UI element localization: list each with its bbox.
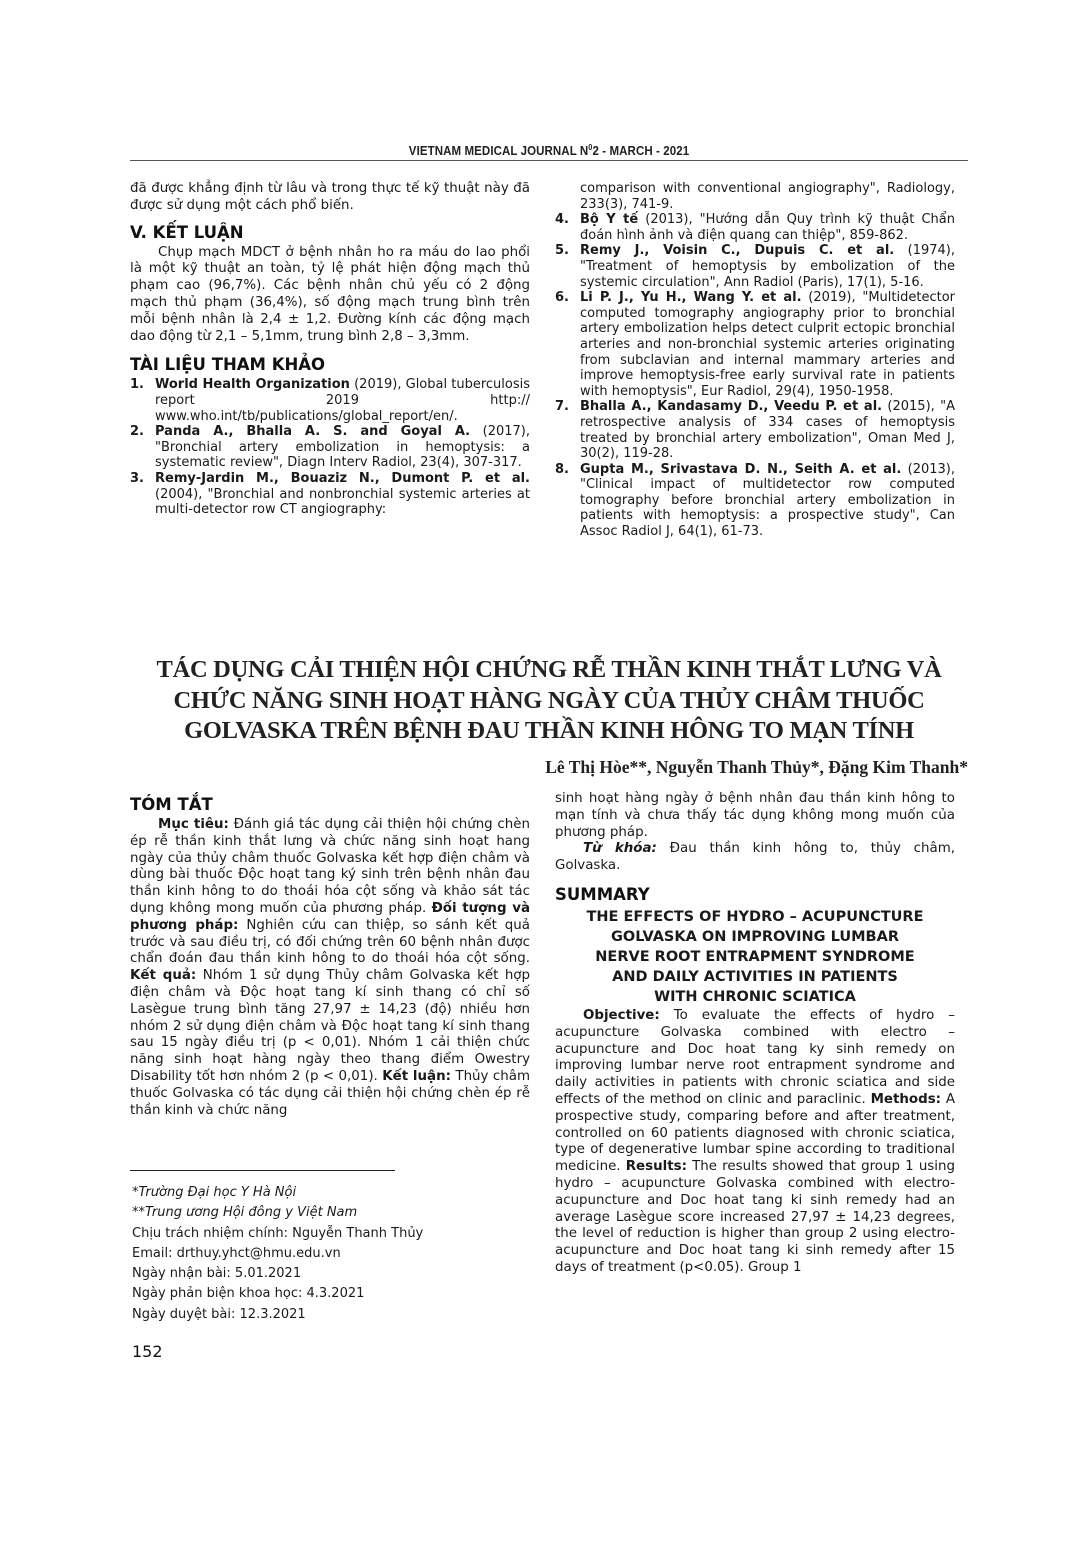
title-line: GOLVASKA TRÊN BỆNH ĐAU THẦN KINH HÔNG TO…	[130, 716, 968, 747]
abstract-text: Mục tiêu: Đánh giá tác dụng cải thiện hộ…	[130, 817, 530, 1119]
reference-number: 2.	[130, 424, 144, 440]
summary-heading: SUMMARY	[555, 885, 955, 905]
reference-number: 4.	[555, 212, 569, 228]
reference-item: 4.Bộ Y tế (2013), "Hướng dẫn Quy trình k…	[555, 212, 955, 243]
references-heading: TÀI LIỆU THAM KHẢO	[130, 355, 530, 375]
footnotes: *Trường Đại học Y Hà Nội **Trung ương Hộ…	[132, 1183, 532, 1325]
abstract-continuation: sinh hoạt hàng ngày ở bệnh nhân đau thần…	[555, 791, 955, 841]
english-title-line: GOLVASKA ON IMPROVING LUMBAR	[555, 927, 955, 947]
prev-article-left-column: đã được khẳng định từ lâu và trong thực …	[130, 181, 530, 518]
date-accepted: Ngày duyệt bài: 12.3.2021	[132, 1305, 532, 1325]
reference-continuation: comparison with conventional angiography…	[555, 181, 955, 212]
journal-page: VIETNAM MEDICAL JOURNAL N02 - MARCH - 20…	[0, 0, 1090, 1541]
objective-label: Objective:	[583, 1008, 660, 1023]
conclusion-heading: V. KẾT LUẬN	[130, 223, 530, 243]
prev-article-right-column: comparison with conventional angiography…	[555, 181, 955, 540]
page-number: 152	[132, 1342, 163, 1361]
results-text: The results showed that group 1 using hy…	[555, 1159, 955, 1275]
abstract-column: TÓM TẮT Mục tiêu: Đánh giá tác dụng cải …	[130, 795, 530, 1119]
reference-authors: Remy-Jardin M., Bouaziz N., Dumont P. et…	[155, 471, 530, 486]
reference-authors: Li P. J., Yu H., Wang Y. et al.	[580, 290, 802, 305]
reference-number: 1.	[130, 377, 144, 393]
methods-label: Methods:	[871, 1092, 941, 1107]
date-reviewed: Ngày phản biện khoa học: 4.3.2021	[132, 1284, 532, 1304]
reference-item: 3.Remy-Jardin M., Bouaziz N., Dumont P. …	[130, 471, 530, 518]
english-title: THE EFFECTS OF HYDRO – ACUPUNCTURE GOLVA…	[555, 907, 955, 1007]
results-label: Kết quả:	[130, 968, 196, 983]
reference-item: 2.Panda A., Bhalla A. S. and Goyal A. (2…	[130, 424, 530, 471]
english-title-line: NERVE ROOT ENTRAPMENT SYNDROME	[555, 947, 955, 967]
results-label: Results:	[626, 1159, 687, 1174]
reference-number: 7.	[555, 399, 569, 415]
reference-number: 8.	[555, 462, 569, 478]
keywords: Từ khóa: Đau thần kinh hông to, thủy châ…	[555, 841, 955, 875]
reference-details: (2019), "Multidetector computed tomograp…	[580, 290, 955, 399]
english-title-line: WITH CHRONIC SCIATICA	[555, 987, 955, 1007]
objective-label: Mục tiêu:	[158, 817, 229, 832]
title-line: CHỨC NĂNG SINH HOẠT HÀNG NGÀY CỦA THỦY C…	[130, 686, 968, 717]
reference-details: (2004), "Bronchial and nonbronchial syst…	[155, 487, 530, 518]
reference-list-right: comparison with conventional angiography…	[555, 181, 955, 540]
english-title-line: AND DAILY ACTIVITIES IN PATIENTS	[555, 967, 955, 987]
reference-authors: Remy J., Voisin C., Dupuis C. et al.	[580, 243, 894, 258]
article-title: TÁC DỤNG CẢI THIỆN HỘI CHỨNG RỄ THẦN KIN…	[130, 655, 968, 747]
english-title-line: THE EFFECTS OF HYDRO – ACUPUNCTURE	[555, 907, 955, 927]
reference-item: 8.Gupta M., Srivastava D. N., Seith A. e…	[555, 462, 955, 540]
title-line: TÁC DỤNG CẢI THIỆN HỘI CHỨNG RỄ THẦN KIN…	[130, 655, 968, 686]
header-rule	[130, 160, 968, 161]
reference-item: 5.Remy J., Voisin C., Dupuis C. et al. (…	[555, 243, 955, 290]
reference-number: 5.	[555, 243, 569, 259]
corresponding-author: Chịu trách nhiệm chính: Nguyễn Thanh Thủ…	[132, 1224, 532, 1244]
results-text: Nhóm 1 sử dụng Thủy châm Golvaska kết hợ…	[130, 968, 530, 1084]
summary-column: sinh hoạt hàng ngày ở bệnh nhân đau thần…	[555, 791, 955, 1277]
reference-list-left: 1.World Health Organization (2019), Glob…	[130, 377, 530, 517]
reference-number: 3.	[130, 471, 144, 487]
footnote-rule	[130, 1170, 395, 1171]
summary-text: Objective: To evaluate the effects of hy…	[555, 1008, 955, 1277]
conclusion-text: Chụp mạch MDCT ở bệnh nhân ho ra máu do …	[130, 245, 530, 346]
issue-date: 2 - MARCH - 2021	[592, 144, 689, 158]
abstract-heading: TÓM TẮT	[130, 795, 530, 815]
reference-details: comparison with conventional angiography…	[580, 181, 955, 212]
reference-authors: Bhalla A., Kandasamy D., Veedu P. et al.	[580, 399, 882, 414]
reference-authors: Bộ Y tế	[580, 212, 638, 227]
keywords-label: Từ khóa:	[583, 841, 657, 856]
journal-name: VIETNAM MEDICAL JOURNAL N	[409, 144, 589, 158]
reference-authors: World Health Organization	[155, 377, 350, 392]
email: Email: drthuy.yhct@hmu.edu.vn	[132, 1244, 532, 1264]
reference-item: 6.Li P. J., Yu H., Wang Y. et al. (2019)…	[555, 290, 955, 399]
running-header: VIETNAM MEDICAL JOURNAL N02 - MARCH - 20…	[164, 143, 935, 158]
affiliation-2: **Trung ương Hội đông y Việt Nam	[132, 1203, 532, 1223]
date-received: Ngày nhận bài: 5.01.2021	[132, 1264, 532, 1284]
reference-authors: Panda A., Bhalla A. S. and Goyal A.	[155, 424, 470, 439]
article-authors: Lê Thị Hòe**, Nguyễn Thanh Thủy*, Đặng K…	[545, 757, 968, 778]
reference-item: 1.World Health Organization (2019), Glob…	[130, 377, 530, 424]
reference-item: 7.Bhalla A., Kandasamy D., Veedu P. et a…	[555, 399, 955, 461]
reference-number: 6.	[555, 290, 569, 306]
conclusion-label: Kết luận:	[382, 1069, 451, 1084]
carry-over-text: đã được khẳng định từ lâu và trong thực …	[130, 181, 530, 215]
reference-authors: Gupta M., Srivastava D. N., Seith A. et …	[580, 462, 901, 477]
affiliation-1: *Trường Đại học Y Hà Nội	[132, 1183, 532, 1203]
